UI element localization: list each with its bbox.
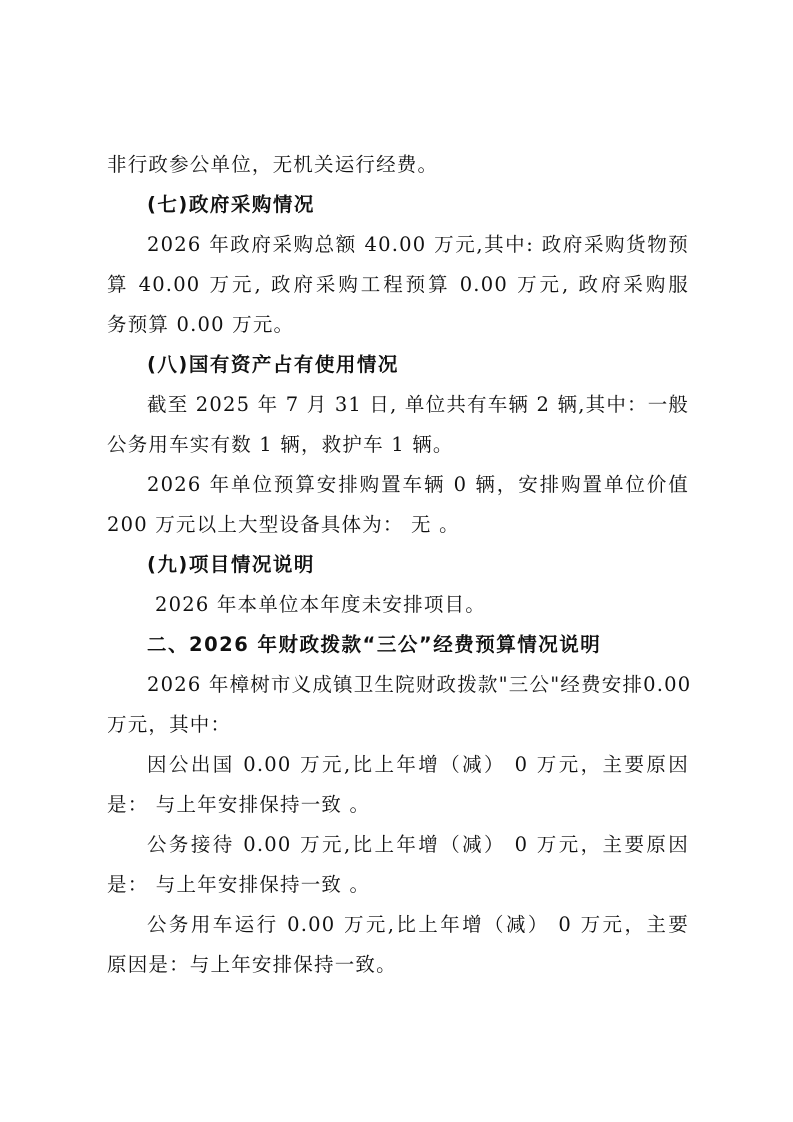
paragraph-line-procurement-3: 务预算 0.00 万元。 bbox=[107, 305, 689, 345]
paragraph-line-purchase-plan-1: 2026 年单位预算安排购置车辆 0 辆，安排购置单位价值 bbox=[107, 465, 689, 505]
section-heading-state-assets: (八)国有资产占有使用情况 bbox=[107, 345, 689, 385]
paragraph-line-three-public-1: 2026 年樟树市义成镇卫生院财政拨款"三公"经费安排0.00 bbox=[107, 665, 689, 705]
paragraph-line-projects: 2026 年本单位本年度未安排项目。 bbox=[107, 585, 689, 625]
paragraph-line-vehicle-operation-1: 公务用车运行 0.00 万元,比上年增（减） 0 万元，主要 bbox=[107, 905, 689, 945]
paragraph-line-reception-1: 公务接待 0.00 万元,比上年增（减） 0 万元，主要原因 bbox=[107, 825, 689, 865]
paragraph-line-procurement-2: 算 40.00 万元, 政府采购工程预算 0.00 万元, 政府采购服 bbox=[107, 265, 689, 305]
paragraph-line-three-public-2: 万元，其中： bbox=[107, 705, 689, 745]
paragraph-line-overseas-travel-1: 因公出国 0.00 万元,比上年增（减） 0 万元，主要原因 bbox=[107, 745, 689, 785]
paragraph-line-vehicles-2: 公务用车实有数 1 辆，救护车 1 辆。 bbox=[107, 425, 689, 465]
document-page: 非行政参公单位，无机关运行经费。 (七)政府采购情况 2026 年政府采购总额 … bbox=[107, 145, 689, 985]
section-heading-project-description: (九)项目情况说明 bbox=[107, 545, 689, 585]
section-heading-three-public-expenses: 二、2026 年财政拨款“三公”经费预算情况说明 bbox=[107, 625, 689, 665]
paragraph-line-vehicles-1: 截至 2025 年 7 月 31 日, 单位共有车辆 2 辆,其中：一般 bbox=[107, 385, 689, 425]
section-heading-government-procurement: (七)政府采购情况 bbox=[107, 185, 689, 225]
paragraph-line-overseas-travel-2: 是： 与上年安排保持一致 。 bbox=[107, 785, 689, 825]
paragraph-line-reception-2: 是： 与上年安排保持一致 。 bbox=[107, 865, 689, 905]
paragraph-line-vehicle-operation-2: 原因是：与上年安排保持一致。 bbox=[107, 945, 689, 985]
paragraph-line-purchase-plan-2: 200 万元以上大型设备具体为： 无 。 bbox=[107, 505, 689, 545]
paragraph-line-procurement-1: 2026 年政府采购总额 40.00 万元,其中: 政府采购货物预 bbox=[107, 225, 689, 265]
paragraph-line-admin-funding: 非行政参公单位，无机关运行经费。 bbox=[107, 145, 689, 185]
